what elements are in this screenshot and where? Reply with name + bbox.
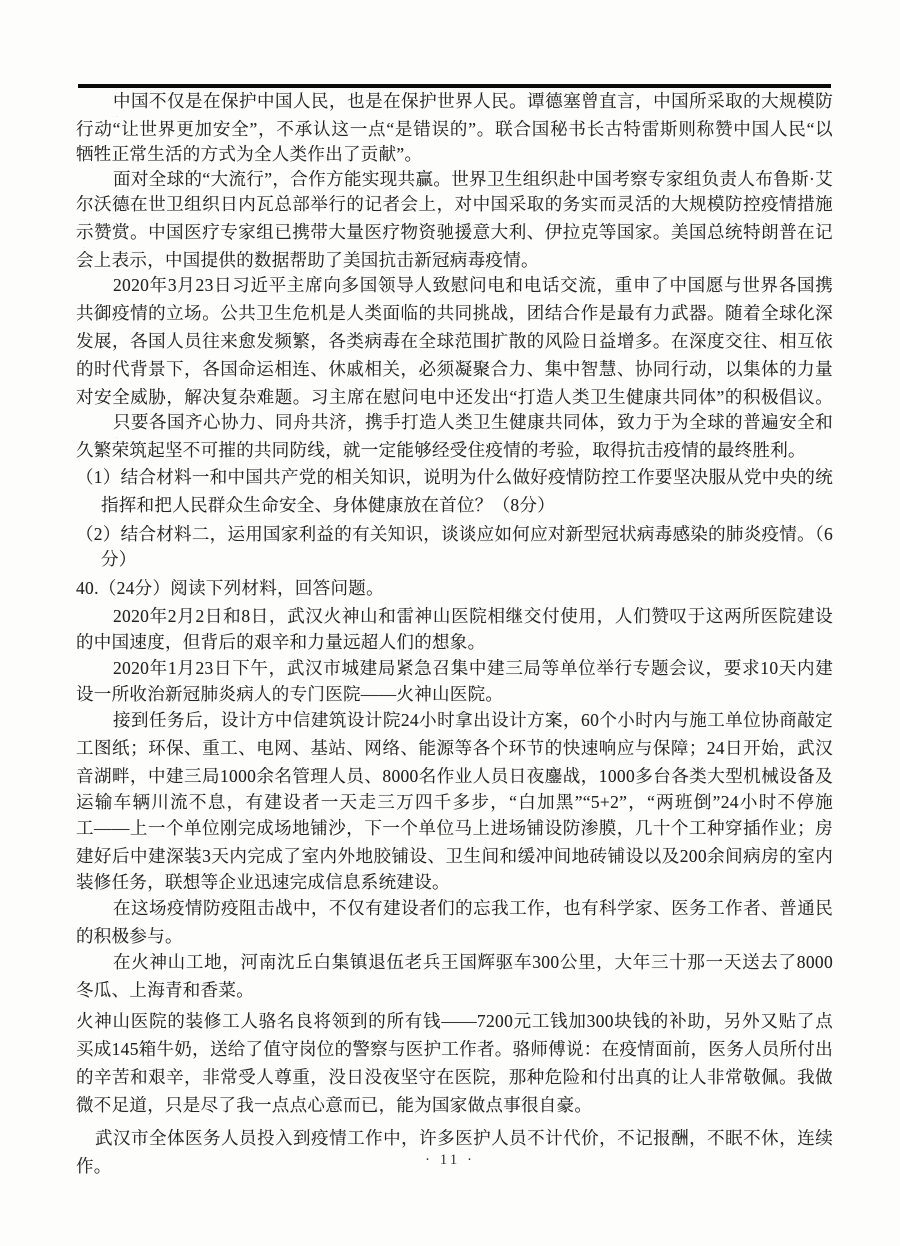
text-line: 接到任务后，设计方中信建筑设计院24小时拿出设计方案，60个小时内与施工单位协商… — [76, 707, 833, 735]
text-line: 共御疫情的立场。公共卫生危机是人类面临的共同挑战，团结合作是最有力武器。随着全球… — [76, 301, 833, 329]
header-rule — [78, 84, 831, 88]
text-line: 只要各国齐心协力、同舟共济，携手打造人类卫生健康共同体，致力于为全球的普遍安全和… — [76, 410, 833, 438]
text-line: 40.（24分）阅读下列材料，回答问题。 — [76, 576, 833, 601]
text-line: 买成145箱牛奶，送给了值守岗位的警察与医护工作者。骆师傅说：在疫情面前，医务人… — [76, 1033, 833, 1061]
text-line: 尔沃德在世卫组织日内瓦总部举行的记者会上，对中国采取的务实而灵活的大规模防控疫情… — [76, 192, 833, 220]
text-line: 行动“让世界更加安全”，不承认这一点“是错误的”。联合国秘书长古特雷斯则称赞中国… — [76, 117, 833, 142]
text-line: 会上表示，中国提供的数据帮助了美国抗击新冠病毒疫情。 — [76, 248, 833, 273]
question-2: （2）结合材料二，运用国家利益的有关知识，谈谈应如何应对新型冠状病毒感染的肺炎疫… — [76, 522, 833, 572]
text-line: 工图纸；环保、重工、电网、基站、网络、能源等各个环节的快速响应与保障；24日开始… — [76, 735, 833, 763]
question-1: （1）结合材料一和中国共产党的相关知识，说明为什么做好疫情防控工作要坚决服从党中… — [76, 465, 833, 518]
text-line: 的辛苦和艰辛，非常受人尊重，没日没夜坚守在医院，那种危险和付出真的让人非常敬佩。… — [76, 1061, 833, 1089]
text-line: 面对全球的“大流行”，合作方能实现共赢。世界卫生组织赴中国考察专家组负责人布鲁斯… — [76, 167, 833, 192]
text-line: 音湖畔，中建三局1000余名管理人员、8000名作业人员日夜鏖战，1000多台各… — [76, 763, 833, 789]
text-line: 设一所收治新冠肺炎病人的专门医院——火神山医院。 — [76, 681, 833, 707]
text-line: 2020年3月23日习近平主席向多国领导人致慰问电和电话交流，重申了中国愿与世界… — [76, 273, 833, 301]
text-line: 工——上一个单位刚完成场地铺沙，下一个单位马上进场铺设防渗膜，几十个工种穿插作业… — [76, 815, 833, 843]
text-line: 分） — [76, 547, 833, 572]
text-line: 建好后中建深装3天内完成了室内外地胶铺设、卫生间和缓冲间地砖铺设以及200余间病… — [76, 843, 833, 869]
text-line: 的中国速度，但背后的艰辛和力量远超人们的想象。 — [76, 629, 833, 655]
text-line: 武汉市全体医务人员投入到疫情工作中，许多医护人员不计代价，不记报酬，不眠不休，连… — [76, 1122, 833, 1150]
text-line: 2020年1月23日下午，武汉市城建局紧急召集中建三局等单位举行专题会议，要求1… — [76, 655, 833, 681]
material-40-body: 2020年2月2日和8日，武汉火神山和雷神山医院相继交付使用，人们赞叹于这两所医… — [76, 603, 833, 1003]
text-line: （1）结合材料一和中国共产党的相关知识，说明为什么做好疫情防控工作要坚决服从党中… — [76, 465, 833, 493]
text-line: 微不足道，只是尽了我一点点心意而已，能为国家做点事很自豪。 — [76, 1089, 833, 1122]
question-40-header: 40.（24分）阅读下列材料，回答问题。 — [76, 576, 833, 601]
text-line: 运输车辆川流不息，有建设者一天走三万四千多步，“白加黑”“5+2”，“两班倒”2… — [76, 789, 833, 815]
text-line: 指挥和把人民群众生命安全、身体健康放在首位？（8分） — [76, 493, 833, 518]
text-line: （2）结合材料二，运用国家利益的有关知识，谈谈应如何应对新型冠状病毒感染的肺炎疫… — [76, 522, 833, 547]
text-line: 2020年2月2日和8日，武汉火神山和雷神山医院相继交付使用，人们赞叹于这两所医… — [76, 603, 833, 629]
text-line: 中国不仅是在保护中国人民，也是在保护世界人民。谭德塞曾直言，中国所采取的大规模防… — [76, 89, 833, 117]
text-line: 久繁荣筑起坚不可摧的共同防线，就一定能够经受住疫情的考验，取得抗击疫情的最终胜利… — [76, 438, 833, 463]
text-line: 在火神山工地，河南沈丘白集镇退伍老兵王国辉驱车300公里，大年三十那一天送去了8… — [76, 949, 833, 977]
text-line: 火神山医院的装修工人骆名良将领到的所有钱——7200元工钱加300块钱的补助，另… — [76, 1005, 833, 1033]
text-line: 的时代背景下，各国命运相连、休戚相关，必须凝聚合力、集中智慧、协同行动，以集体的… — [76, 357, 833, 385]
document-page: 中国不仅是在保护中国人民，也是在保护世界人民。谭德塞曾直言，中国所采取的大规模防… — [0, 0, 900, 1246]
text-line: 的积极参与。 — [76, 923, 833, 949]
material-one-body: 中国不仅是在保护中国人民，也是在保护世界人民。谭德塞曾直言，中国所采取的大规模防… — [76, 89, 833, 463]
text-line: 冬瓜、上海青和香菜。 — [76, 977, 833, 1003]
text-line: 对安全威胁，解决复杂难题。习主席在慰问电中还发出“打造人类卫生健康共同体”的积极… — [76, 385, 833, 410]
text-line: 示赞赏。中国医疗专家组已携带大量医疗物资驰援意大利、伊拉克等国家。美国总统特朗普… — [76, 220, 833, 248]
page-number: · 11 · — [0, 1152, 900, 1169]
text-line: 牺牲正常生活的方式为全人类作出了贡献”。 — [76, 142, 833, 167]
text-line: 装修任务，联想等企业迅速完成信息系统建设。 — [76, 869, 833, 895]
text-line: 在这场疫情防疫阻击战中，不仅有建设者们的忘我工作，也有科学家、医务工作者、普通民… — [76, 895, 833, 923]
document-body: 中国不仅是在保护中国人民，也是在保护世界人民。谭德塞曾直言，中国所采取的大规模防… — [76, 89, 833, 1183]
text-line: 发展，各国人员往来愈发频繁，各类病毒在全球范围扩散的风险日益增多。在深度交往、相… — [76, 329, 833, 357]
